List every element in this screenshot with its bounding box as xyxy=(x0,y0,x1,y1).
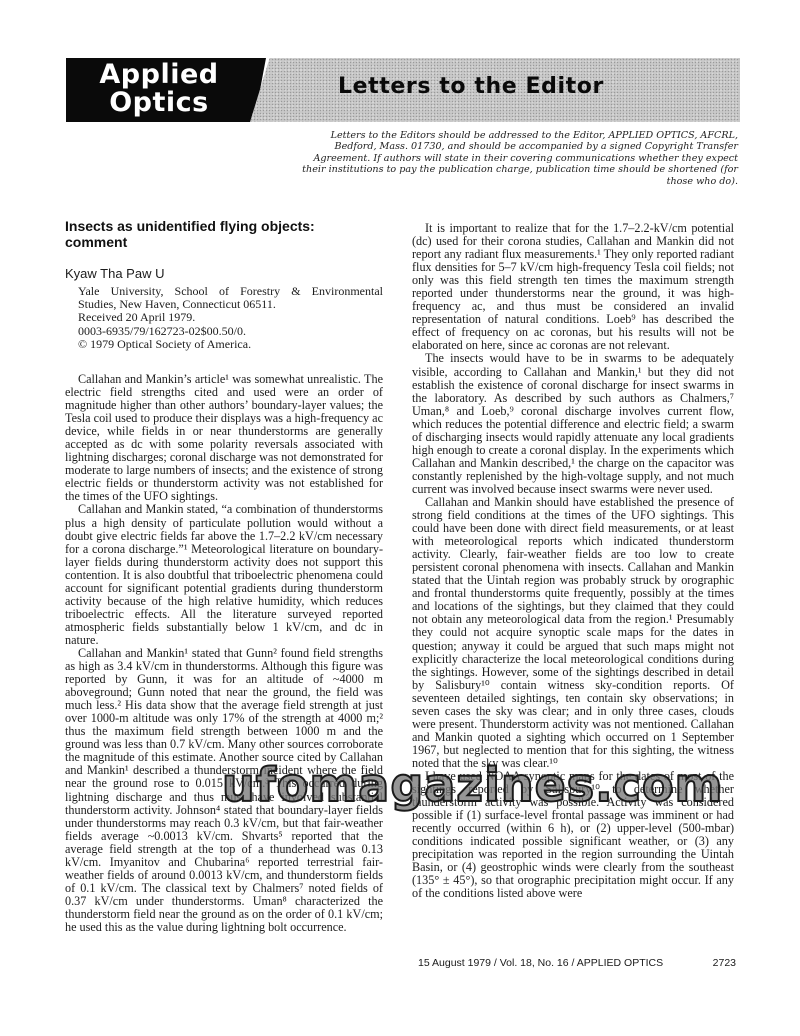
journal-logo: Applied Optics xyxy=(66,58,266,122)
section-banner: Letters to the Editor xyxy=(250,58,740,122)
copyright: © 1979 Optical Society of America. xyxy=(78,338,383,351)
doc-code: 0003-6935/79/162723-02$00.50/0. xyxy=(78,325,383,338)
body-paragraph: The insects would have to be in swarms t… xyxy=(412,352,734,496)
body-paragraph: Callahan and Mankin’s article¹ was somew… xyxy=(65,373,383,503)
page-number: 2723 xyxy=(713,957,736,969)
section-title: Letters to the Editor xyxy=(338,74,604,99)
journal-name-line2: Optics xyxy=(66,88,252,118)
footer-citation: 15 August 1979 / Vol. 18, No. 16 / APPLI… xyxy=(418,957,663,969)
journal-page: Applied Optics Letters to the Editor Let… xyxy=(0,0,800,1036)
author-name: Kyaw Tha Paw U xyxy=(65,266,383,281)
body-paragraph: Callahan and Mankin should have establis… xyxy=(412,496,734,770)
body-paragraph: It is important to realize that for the … xyxy=(412,222,734,352)
article-title-suffix: comment xyxy=(65,234,127,250)
masthead: Applied Optics Letters to the Editor xyxy=(66,58,740,122)
watermark: ufomagazines.com xyxy=(222,760,723,810)
journal-name-line1: Applied xyxy=(66,60,252,90)
submission-notice: Letters to the Editors should be address… xyxy=(290,130,738,187)
body-paragraph: Callahan and Mankin stated, “a combinati… xyxy=(65,503,383,647)
article-title: Insects as unidentified flying objects:c… xyxy=(65,218,383,250)
page-footer: 15 August 1979 / Vol. 18, No. 16 / APPLI… xyxy=(418,957,736,969)
article-title-main: Insects as unidentified flying objects: xyxy=(65,218,315,234)
received-date: Received 20 April 1979. xyxy=(78,311,383,324)
author-affiliation: Yale University, School of Forestry & En… xyxy=(65,285,383,351)
column-left: Insects as unidentified flying objects:c… xyxy=(65,218,383,934)
